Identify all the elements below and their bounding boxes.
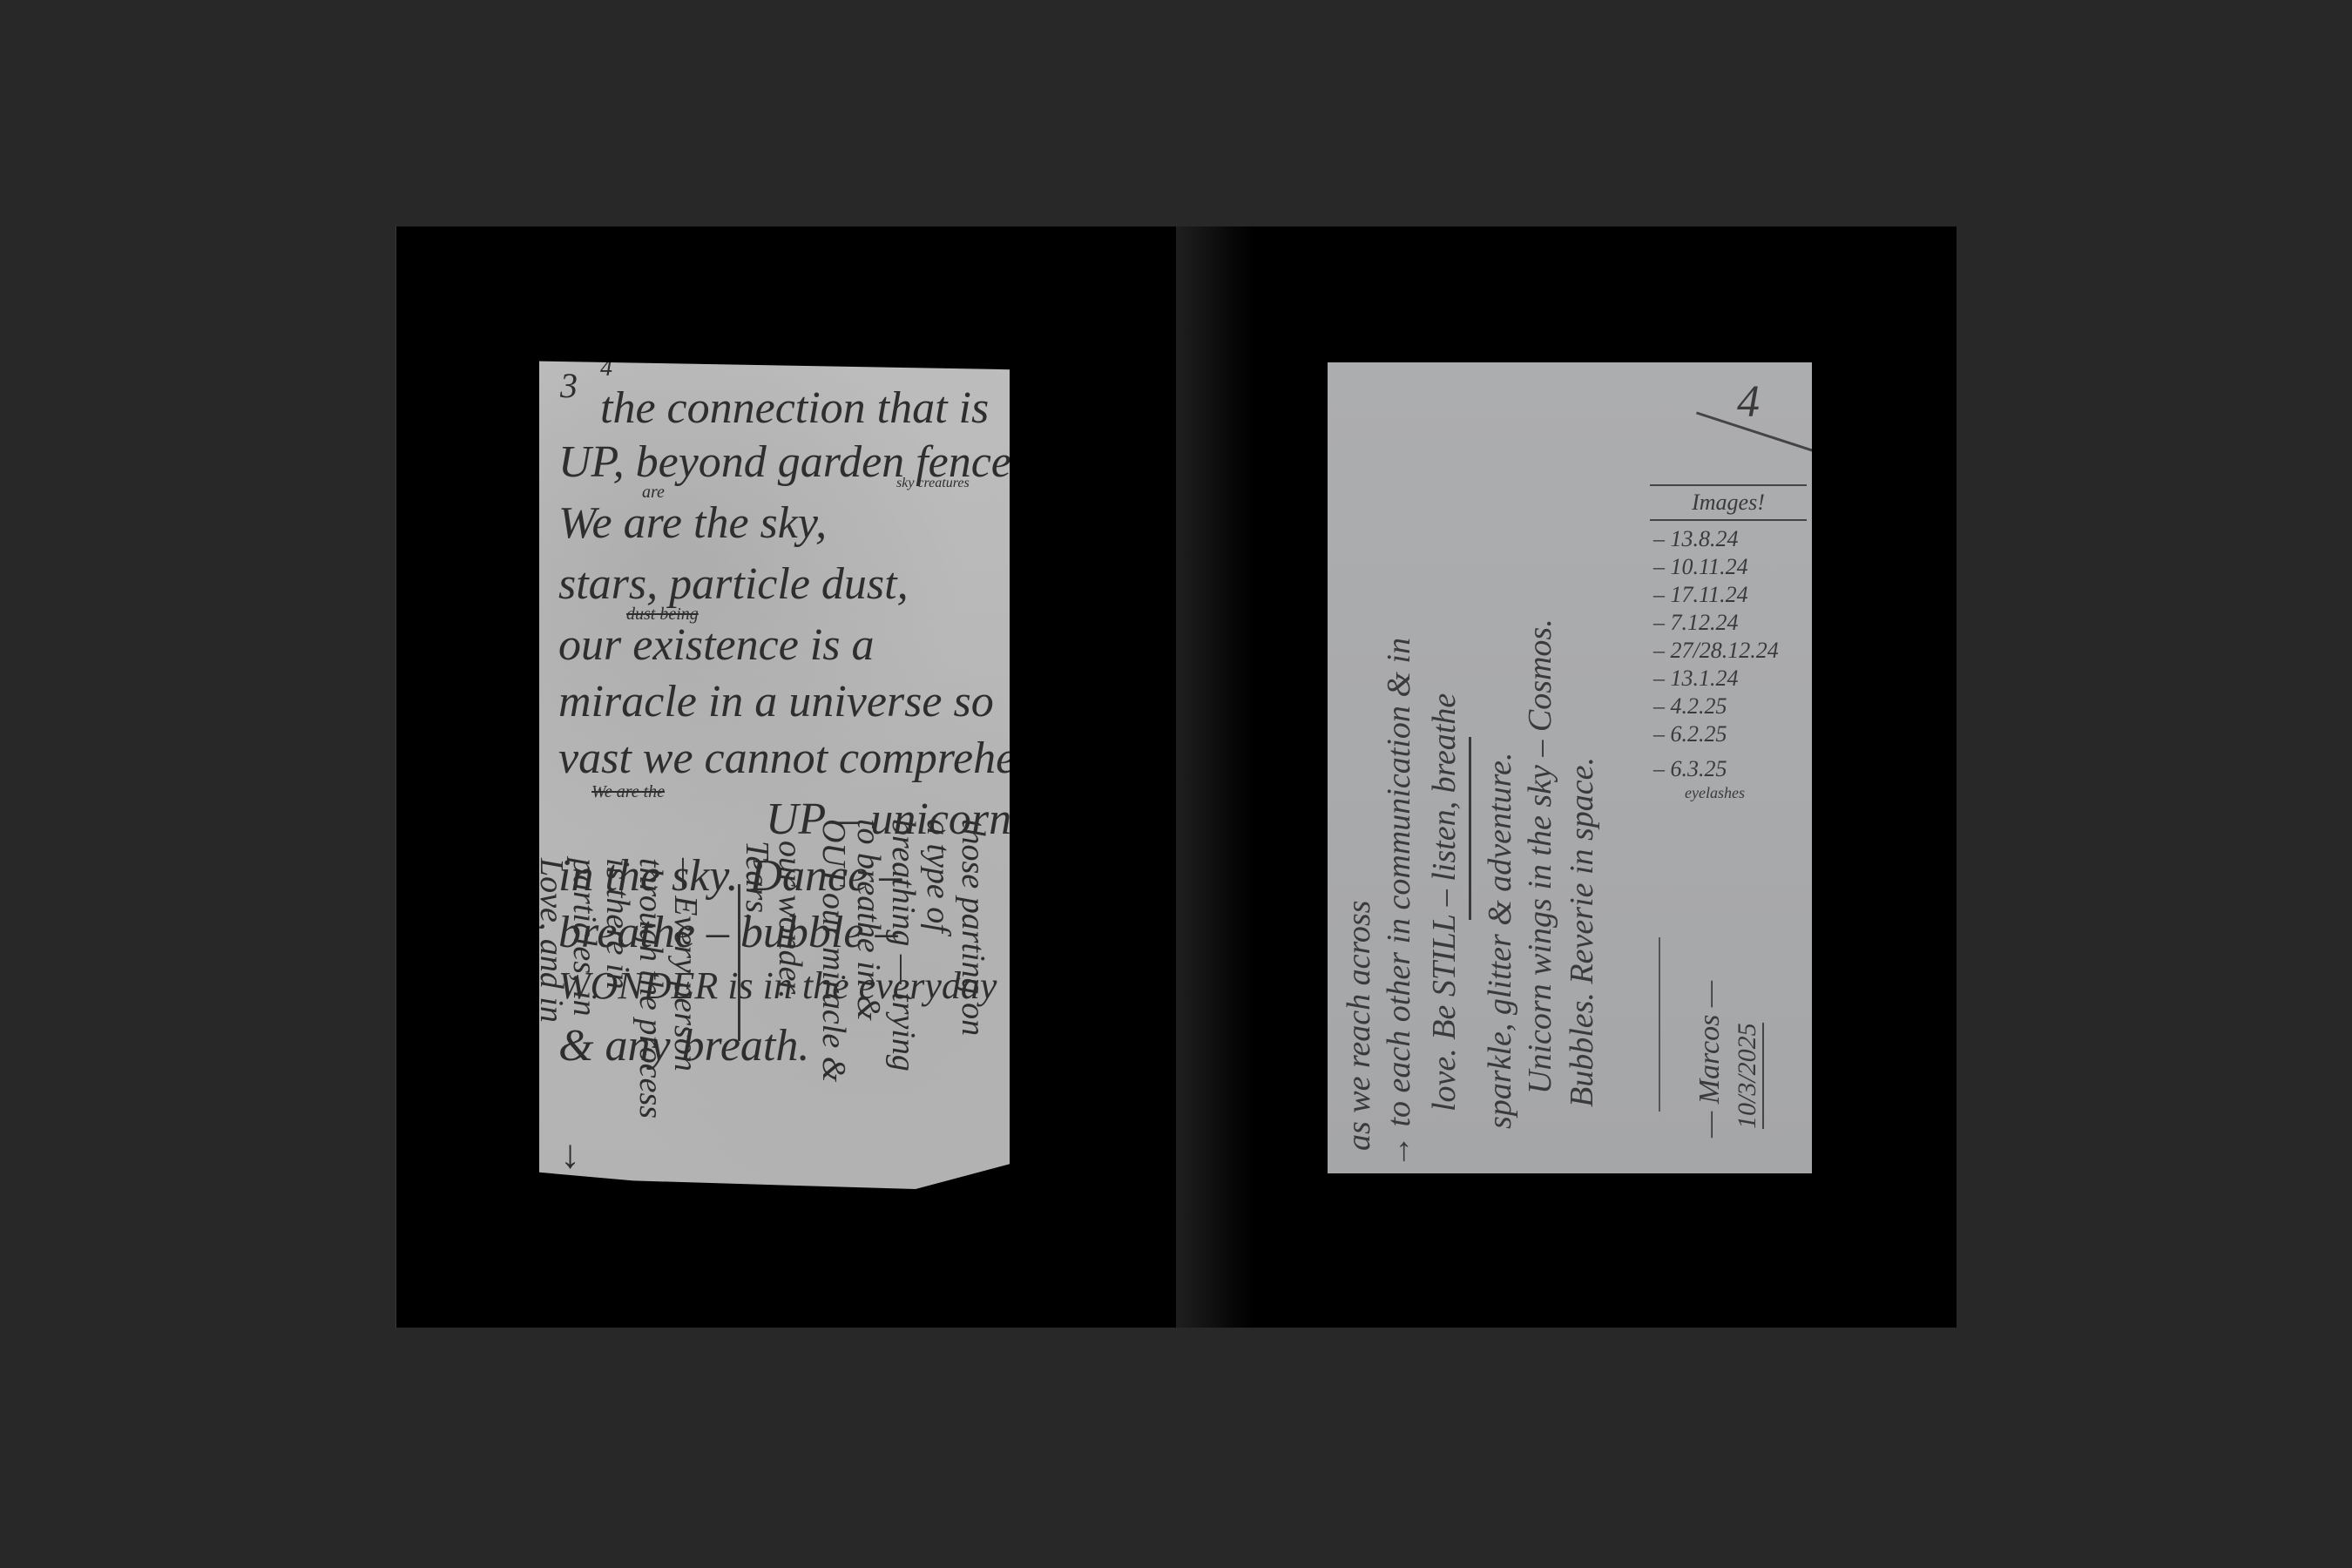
line-3: We are the sky,: [558, 501, 827, 546]
right-handwritten-card: 4 Images! – 13.8.24 – 10.11.24 – 17.11.2…: [1328, 362, 1812, 1173]
line-5: our existence is a: [558, 623, 874, 668]
vertical-line-4: sparkle, glitter & adventure.: [1481, 753, 1519, 1129]
gutter-shadow: [1176, 226, 1254, 1328]
vertical-line-9: through the process: [632, 858, 670, 1119]
date-item: – 6.3.25: [1650, 756, 1807, 784]
vertical-line-12: Love, and in: [539, 858, 571, 1023]
date-item: – 4.2.25: [1650, 693, 1807, 721]
vertical-line-5: OUT our miracle &: [814, 819, 853, 1082]
date-item: – 13.8.24: [1650, 526, 1807, 554]
left-page: 3 4 the connection that is UP, beyond ga…: [395, 226, 1177, 1328]
vertical-line-8: — Every person: [666, 858, 705, 1071]
line-7: vast we cannot comprehend.: [558, 736, 1010, 781]
vertical-line-11: particles, in: [565, 858, 604, 1017]
vertical-line-4: to breathe in &: [849, 819, 888, 1021]
page-number: 4: [1737, 376, 1760, 428]
vertical-line-3: breathing — trying: [884, 819, 923, 1071]
insert-sky-creatures: sky creatures: [896, 476, 970, 490]
date-signed: 10/3/2025: [1733, 1023, 1764, 1129]
divider-line: [1469, 737, 1471, 920]
date-item: – 17.11.24: [1650, 582, 1807, 610]
date-item: – 10.11.24: [1650, 554, 1807, 582]
vertical-line-7: Tears.: [738, 841, 776, 922]
vertical-line-2: a type of: [919, 819, 957, 933]
vertical-line-10: is there in: [598, 858, 637, 990]
dates-title: Images!: [1650, 484, 1807, 521]
left-handwritten-card: 3 4 the connection that is UP, beyond ga…: [539, 353, 1010, 1189]
dates-note: eyelashes: [1650, 784, 1807, 802]
arrow-icon: →: [557, 1137, 597, 1177]
date-item: – 7.12.24: [1650, 610, 1807, 638]
line-4: stars, particle dust,: [558, 562, 909, 607]
vertical-line-2: → to each other in communication & in: [1380, 638, 1418, 1168]
vertical-line-6: our wonder.: [771, 841, 809, 999]
line-1: the connection that is: [600, 386, 989, 431]
line-6: miracle in a universe so: [558, 679, 994, 725]
page-number-new: 4: [600, 356, 612, 381]
page-number-crossed: 3: [560, 368, 578, 403]
divider-line: [1659, 937, 1660, 1112]
right-page: 4 Images! – 13.8.24 – 10.11.24 – 17.11.2…: [1176, 226, 1957, 1328]
vertical-line-3: love. Be STILL – listen, breathe: [1425, 693, 1463, 1112]
date-item: – 13.1.24: [1650, 666, 1807, 693]
vertical-line-6: Bubbles. Reverie in space.: [1563, 757, 1601, 1107]
dates-list: Images! – 13.8.24 – 10.11.24 – 17.11.24 …: [1650, 484, 1807, 802]
signature: — Marcos —: [1693, 981, 1727, 1138]
vertical-line-5: Unicorn wings in the sky – Cosmos.: [1521, 618, 1559, 1094]
date-item: – 6.2.25: [1650, 721, 1807, 749]
date-item: – 27/28.12.24: [1650, 638, 1807, 666]
insert-we-are-the: We are the: [591, 783, 665, 801]
divider-line: [738, 884, 740, 1041]
vertical-line-1: as we reach across: [1340, 901, 1378, 1151]
vertical-line-1: those parting on: [954, 819, 992, 1036]
